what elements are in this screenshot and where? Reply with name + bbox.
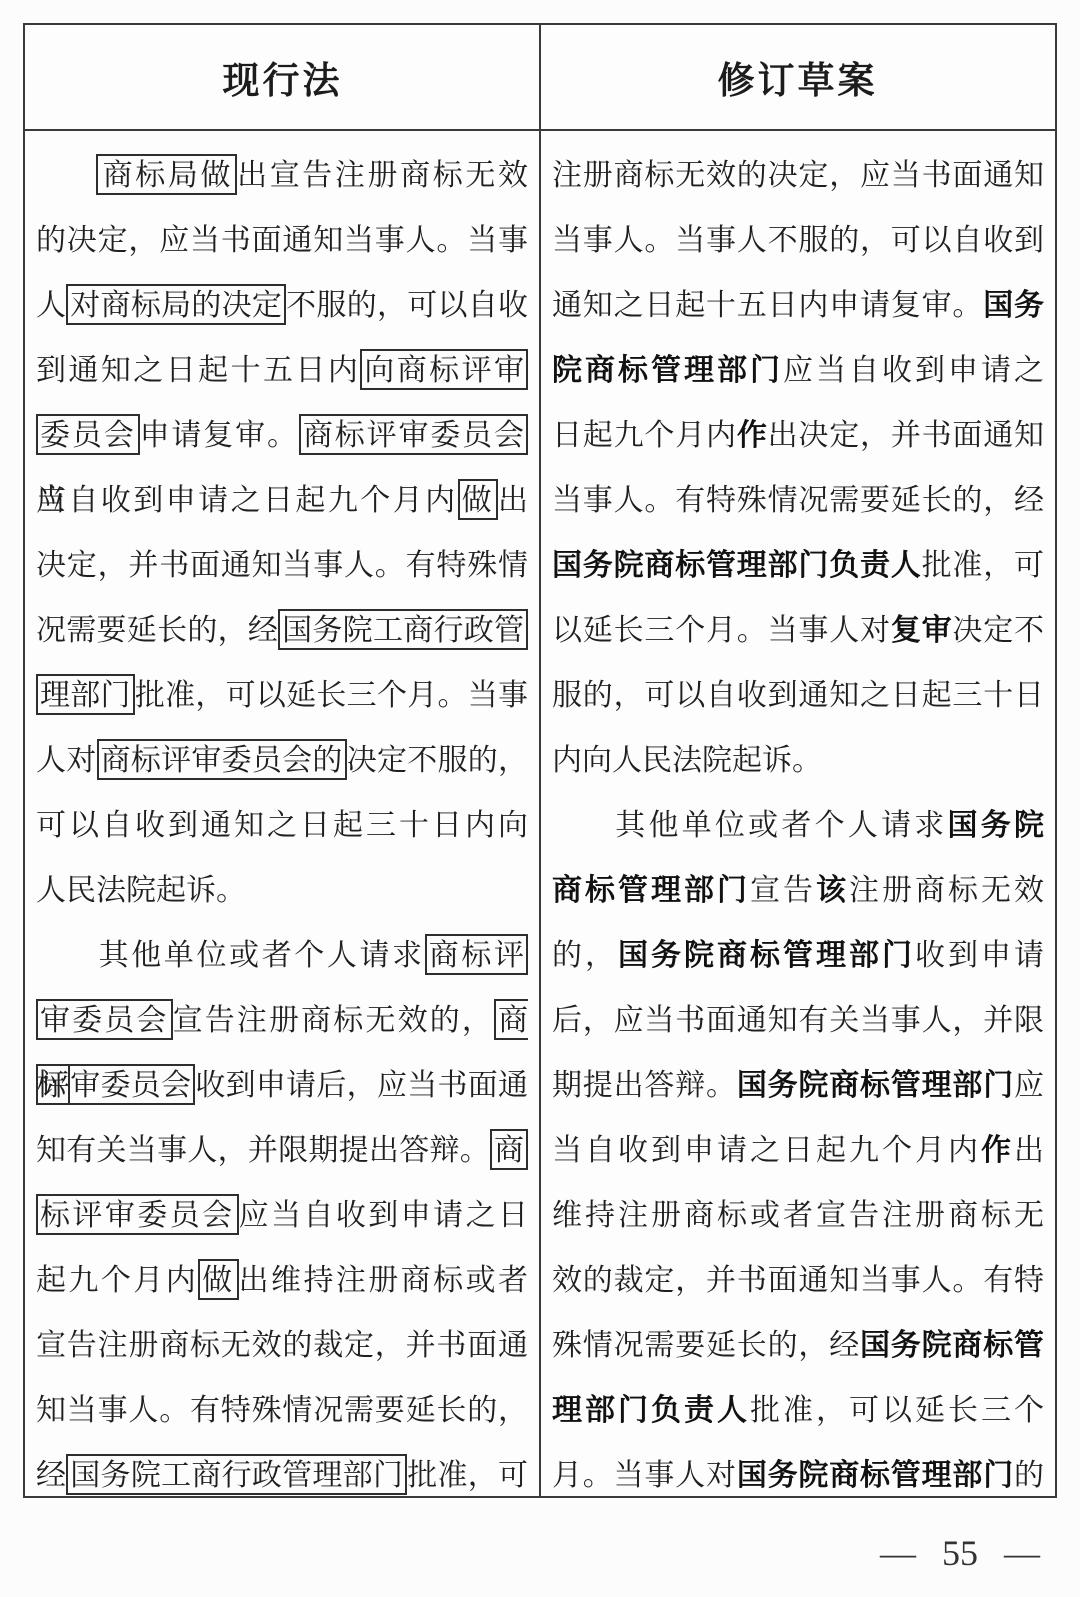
- text-line: 当自收到申请之日起九个月内作出: [552, 1118, 1044, 1183]
- text-segment: 日起九个月内: [552, 419, 737, 452]
- text-line: 人对商标评审委员会的决定不服的，: [36, 728, 528, 793]
- page-number-left-dash: —: [880, 1532, 916, 1574]
- text-segment: 维持注册商标或者宣告注册商标无: [552, 1199, 1044, 1232]
- text-line: 维持注册商标或者宣告注册商标无: [552, 1183, 1044, 1248]
- bold-phrase: 作: [981, 1134, 1014, 1167]
- page-number-right-dash: —: [1004, 1532, 1040, 1574]
- revision-draft-column: 注册商标无效的决定，应当书面通知当事人。当事人不服的，可以自收到通知之日起十五日…: [541, 131, 1055, 1508]
- text-line: 期提出答辩。国务院商标管理部门应: [552, 1053, 1044, 1118]
- boxed-phrase: 审委员会: [36, 999, 173, 1040]
- bold-phrase: 国务院商标管理部门: [737, 1069, 1014, 1102]
- text-segment: 人: [36, 289, 66, 322]
- page-number-value: 55: [942, 1532, 978, 1574]
- text-segment: 当自收到申请之日起九个月内: [552, 1134, 981, 1167]
- text-line: 人民法院起诉。: [36, 858, 528, 923]
- bold-phrase: 院商标管理部门: [552, 354, 783, 387]
- text-line: 以延长三个月。当事人对复审决定不: [552, 598, 1044, 663]
- text-segment: 可以自收到通知之日起三十日内向: [36, 809, 528, 842]
- text-line: 理部门批准，可以延长三个月。当事: [36, 663, 528, 728]
- text-line: 标评审委员会应当自收到申请之日: [36, 1183, 528, 1248]
- text-line: 当事人。当事人不服的，可以自收到: [552, 208, 1044, 273]
- boxed-phrase: 商标局做: [96, 154, 237, 195]
- text-segment: 决定不服的，: [347, 744, 528, 777]
- text-line: 评审委员会收到申请后，应当书面通: [36, 1053, 528, 1118]
- text-segment: 的: [1014, 1459, 1044, 1492]
- text-segment: 的决定，应当书面通知当事人。当事: [36, 224, 528, 257]
- text-segment: 批准，可: [407, 1459, 528, 1492]
- bold-phrase: 国务院: [948, 809, 1044, 842]
- boxed-phrase: 国务院工商行政管: [278, 609, 528, 650]
- boxed-phrase: 理部门: [36, 674, 135, 715]
- current-law-column: 商标局做出宣告注册商标无效的决定，应当书面通知当事人。当事人对商标局的决定不服的…: [25, 131, 539, 1508]
- bold-phrase: 作: [737, 419, 768, 452]
- text-line: 通知之日起十五日内申请复审。国务: [552, 273, 1044, 338]
- document-page: 现行法 修订草案 商标局做出宣告注册商标无效的决定，应当书面通知当事人。当事人对…: [0, 0, 1080, 1597]
- text-line: 人对商标局的决定不服的，可以自收: [36, 273, 528, 338]
- text-line: 经国务院工商行政管理部门批准，可: [36, 1443, 528, 1508]
- text-segment: 到通知之日起十五日内: [36, 354, 360, 387]
- text-segment: 起九个月内: [36, 1264, 198, 1297]
- text-line: 院商标管理部门应当自收到申请之: [552, 338, 1044, 403]
- text-line: 宣告注册商标无效的裁定，并书面通: [36, 1313, 528, 1378]
- text-segment: 决定不: [952, 614, 1044, 647]
- text-segment: 不服的，可以自收: [286, 289, 528, 322]
- text-line: 商标局做出宣告注册商标无效: [36, 143, 528, 208]
- text-segment: 应当自收到申请之: [783, 354, 1044, 387]
- text-segment: 注册商标无效的决定，应当书面通知: [552, 159, 1044, 192]
- text-segment: 出: [498, 484, 528, 517]
- boxed-phrase: 标评审委员会: [36, 1194, 239, 1235]
- paragraph-indent: [36, 184, 96, 185]
- text-segment: 出宣告注册商标无效: [237, 159, 528, 192]
- text-segment: 应当自收到申请之日: [239, 1199, 528, 1232]
- boxed-phrase: 做: [458, 479, 498, 520]
- text-segment: 决定，并书面通知当事人。有特殊情: [36, 549, 528, 582]
- bold-phrase: 理部门负责人: [552, 1394, 750, 1427]
- text-segment: 其他单位或者个人请求: [612, 809, 948, 842]
- text-segment: 以延长三个月。当事人对: [552, 614, 891, 647]
- text-segment: 后，应当书面通知有关当事人，并限: [552, 1004, 1044, 1037]
- text-line: 起九个月内做出维持注册商标或者: [36, 1248, 528, 1313]
- paragraph-indent: [552, 834, 612, 835]
- text-line: 知有关当事人，并限期提出答辩。商: [36, 1118, 528, 1183]
- text-line: 内向人民法院起诉。: [552, 728, 1044, 793]
- text-segment: 申请复审。: [140, 419, 299, 452]
- bold-phrase: 国务院商标管理部门: [737, 1459, 1014, 1492]
- text-segment: 当事人。有特殊情况需要延长的，经: [552, 484, 1044, 517]
- boxed-phrase: 委员会: [36, 414, 140, 455]
- bold-phrase: 复审: [891, 614, 953, 647]
- text-segment: 人民法院起诉。: [36, 874, 246, 907]
- text-line: 其他单位或者个人请求国务院: [552, 793, 1044, 858]
- text-segment: 的，: [552, 939, 618, 972]
- text-line: 殊情况需要延长的，经国务院商标管: [552, 1313, 1044, 1378]
- bold-phrase: 国务: [983, 289, 1044, 322]
- text-line: 决定，并书面通知当事人。有特殊情: [36, 533, 528, 598]
- boxed-phrase: 商标评审委员会: [299, 414, 528, 455]
- bold-phrase: 国务院商标管: [860, 1329, 1044, 1362]
- text-line: 况需要延长的，经国务院工商行政管: [36, 598, 528, 663]
- header-current-law: 现行法: [25, 25, 540, 129]
- text-line: 的，国务院商标管理部门收到申请: [552, 923, 1044, 988]
- page-number: — 55 —: [880, 1528, 1040, 1578]
- text-line: 月。当事人对国务院商标管理部门的: [552, 1443, 1044, 1508]
- text-segment: 出维持注册商标或者: [239, 1264, 528, 1297]
- boxed-phrase: 评审委员会: [36, 1064, 195, 1105]
- boxed-phrase: 商标评审委员会的: [97, 739, 347, 780]
- header-revision-draft: 修订草案: [540, 25, 1055, 129]
- text-segment: 效的裁定，并书面通知当事人。有特: [552, 1264, 1044, 1297]
- text-line: 日起九个月内作出决定，并书面通知: [552, 403, 1044, 468]
- boxed-phrase: 做: [198, 1259, 238, 1300]
- text-segment: 注册商标无效: [849, 874, 1044, 907]
- text-segment: 宣告: [750, 874, 816, 907]
- bold-phrase: 国务院商标管理部门负责人: [552, 549, 922, 582]
- text-segment: 出: [1014, 1134, 1044, 1167]
- comparison-table: 现行法 修订草案 商标局做出宣告注册商标无效的决定，应当书面通知当事人。当事人对…: [23, 23, 1057, 1498]
- text-line: 商标管理部门宣告该注册商标无效: [552, 858, 1044, 923]
- text-segment: 殊情况需要延长的，经: [552, 1329, 860, 1362]
- text-segment: 期提出答辩。: [552, 1069, 737, 1102]
- boxed-phrase: 向商标评审: [360, 349, 528, 390]
- text-segment: 况需要延长的，经: [36, 614, 278, 647]
- paragraph-indent: [36, 964, 96, 965]
- text-line: 服的，可以自收到通知之日起三十日: [552, 663, 1044, 728]
- text-segment: 知有关当事人，并限期提出答辩。: [36, 1134, 490, 1167]
- text-segment: 批准，可以延长三个月。当事: [135, 679, 528, 712]
- text-segment: 内向人民法院起诉。: [552, 744, 822, 777]
- text-line: 审委员会宣告注册商标无效的，商标: [36, 988, 528, 1053]
- text-segment: 当自收到申请之日起九个月内: [36, 484, 458, 517]
- bold-phrase: 商标管理部门: [552, 874, 750, 907]
- text-segment: 收到申请后，应当书面通: [195, 1069, 528, 1102]
- text-line: 注册商标无效的决定，应当书面通知: [552, 143, 1044, 208]
- text-line: 其他单位或者个人请求商标评: [36, 923, 528, 988]
- text-segment: 宣告注册商标无效的，: [173, 1004, 494, 1037]
- text-line: 委员会申请复审。商标评审委员会应: [36, 403, 528, 468]
- text-segment: 批准，可以延长三个: [750, 1394, 1044, 1427]
- text-segment: 宣告注册商标无效的裁定，并书面通: [36, 1329, 528, 1362]
- text-line: 的决定，应当书面通知当事人。当事: [36, 208, 528, 273]
- text-segment: 当事人。当事人不服的，可以自收到: [552, 224, 1044, 257]
- text-line: 国务院商标管理部门负责人批准，可: [552, 533, 1044, 598]
- bold-phrase: 国务院商标管理部门: [618, 939, 915, 972]
- text-line: 当自收到申请之日起九个月内做出: [36, 468, 528, 533]
- text-segment: 通知之日起十五日内申请复审。: [552, 289, 983, 322]
- text-line: 到通知之日起十五日内向商标评审: [36, 338, 528, 403]
- text-segment: 服的，可以自收到通知之日起三十日: [552, 679, 1044, 712]
- boxed-phrase: 对商标局的决定: [66, 284, 286, 325]
- boxed-phrase: 商: [490, 1129, 528, 1170]
- text-line: 知当事人。有特殊情况需要延长的，: [36, 1378, 528, 1443]
- boxed-phrase: 商标评: [425, 934, 528, 975]
- boxed-phrase: 国务院工商行政管理部门: [66, 1454, 407, 1495]
- text-segment: 批准，可: [922, 549, 1044, 582]
- text-segment: 应: [1014, 1069, 1044, 1102]
- text-segment: 人对: [36, 744, 97, 777]
- bold-phrase: 该: [816, 874, 849, 907]
- text-segment: 知当事人。有特殊情况需要延长的，: [36, 1394, 528, 1427]
- text-segment: 出决定，并书面通知: [768, 419, 1044, 452]
- text-segment: 其他单位或者个人请求: [96, 939, 425, 972]
- text-line: 后，应当书面通知有关当事人，并限: [552, 988, 1044, 1053]
- text-segment: 经: [36, 1459, 66, 1492]
- text-line: 理部门负责人批准，可以延长三个: [552, 1378, 1044, 1443]
- text-line: 当事人。有特殊情况需要延长的，经: [552, 468, 1044, 533]
- text-line: 可以自收到通知之日起三十日内向: [36, 793, 528, 858]
- text-line: 效的裁定，并书面通知当事人。有特: [552, 1248, 1044, 1313]
- text-segment: 收到申请: [915, 939, 1044, 972]
- text-segment: 月。当事人对: [552, 1459, 737, 1492]
